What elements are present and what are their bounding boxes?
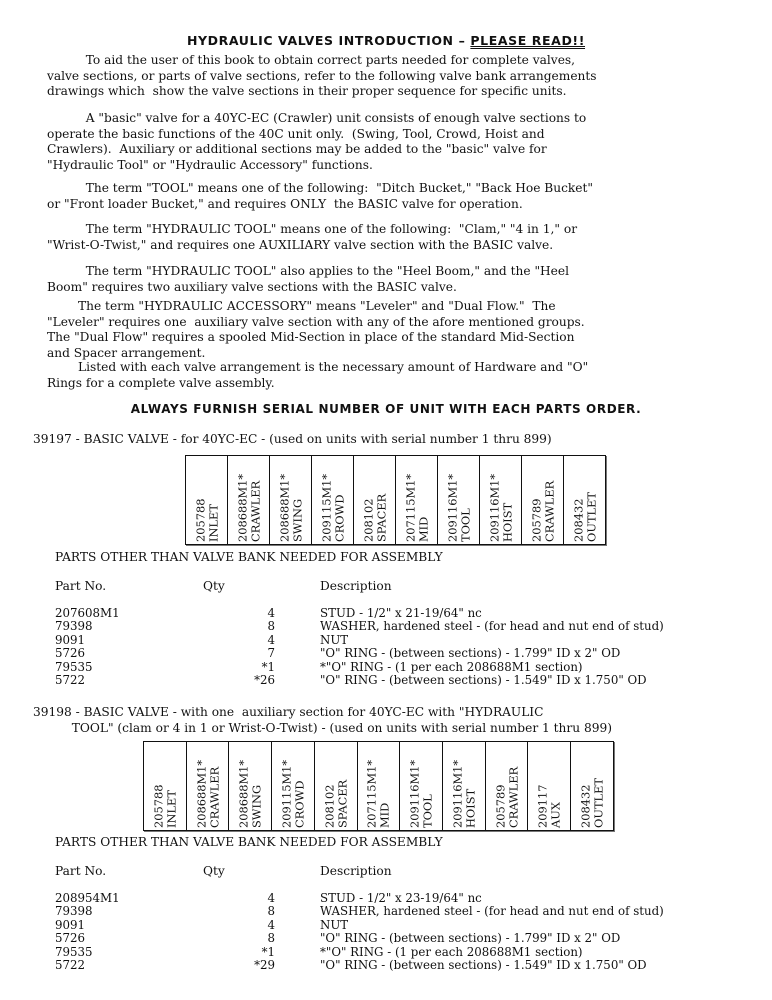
quantity: 7 <box>205 647 275 660</box>
quantity: 8 <box>205 905 275 918</box>
valve-section-crawler: 205789CRAWLER <box>522 456 564 544</box>
valve-section-part: 208432 <box>580 744 593 828</box>
valve-section-part: 208688M1* <box>236 458 249 542</box>
title-emphasis: PLEASE READ!! <box>470 33 585 48</box>
valve-section-name: CRAWLER <box>507 744 520 828</box>
valve-bank-39197: 205788INLET208688M1*CRAWLER208688M1*SWIN… <box>185 455 606 545</box>
col-description: Description <box>320 864 392 878</box>
valve-section-name: SWING <box>250 744 263 828</box>
valve-section-crawler: 205789CRAWLER <box>486 742 529 830</box>
assembly-39198-heading: 39198 - BASIC VALVE - with one auxiliary… <box>33 705 612 736</box>
quantity: *26 <box>205 674 275 687</box>
quantity: *1 <box>205 946 275 959</box>
valve-section-inlet: 205788INLET <box>144 742 187 830</box>
description: NUT <box>320 919 348 932</box>
valve-section-name: TOOL <box>421 744 434 828</box>
heel-boom-paragraph: The term "HYDRAULIC TOOL" also applies t… <box>47 264 707 295</box>
part-number: 5726 <box>55 647 85 660</box>
col-qty: Qty <box>203 579 225 593</box>
table-row: 793988WASHER, hardened steel - (for head… <box>55 620 755 633</box>
valve-section-part: 205789 <box>530 458 543 542</box>
intro-paragraph: To aid the user of this book to obtain c… <box>47 53 707 100</box>
quantity: 8 <box>205 620 275 633</box>
valve-section-aux: 209117AUX <box>528 742 571 830</box>
valve-section-tool: 209116M1*TOOL <box>438 456 480 544</box>
title-main: HYDRAULIC VALVES INTRODUCTION – <box>187 33 465 48</box>
description: "O" RING - (between sections) - 1.549" I… <box>320 674 647 687</box>
valve-section-name: CRAWLER <box>208 744 221 828</box>
valve-section-name: INLET <box>165 744 178 828</box>
valve-section-swing: 208688M1*SWING <box>270 456 312 544</box>
valve-section-name: AUX <box>549 744 562 828</box>
hydraulic-accessory-paragraph: The term "HYDRAULIC ACCESSORY" means "Le… <box>47 299 707 361</box>
description: STUD - 1/2" x 21-19/64" nc <box>320 607 482 620</box>
part-number: 79398 <box>55 620 93 633</box>
valve-section-tool: 209116M1*TOOL <box>400 742 443 830</box>
valve-section-inlet: 205788INLET <box>186 456 228 544</box>
description: STUD - 1/2" x 23-19/64" nc <box>320 892 482 905</box>
table-row: 793988WASHER, hardened steel - (for head… <box>55 905 755 918</box>
part-number: 9091 <box>55 919 85 932</box>
valve-section-part: 205788 <box>194 458 207 542</box>
valve-section-part: 205789 <box>494 744 507 828</box>
table-row: 90914NUT <box>55 634 755 647</box>
valve-section-part: 209116M1* <box>488 458 501 542</box>
valve-section-swing: 208688M1*SWING <box>229 742 272 830</box>
valve-section-name: OUTLET <box>592 744 605 828</box>
table-row: 57268"O" RING - (between sections) - 1.7… <box>55 932 755 945</box>
parts-table-39198: 208954M14STUD - 1/2" x 23-19/64" nc79398… <box>55 892 755 972</box>
valve-section-name: MID <box>417 458 430 542</box>
valve-section-name: CROWD <box>293 744 306 828</box>
table-row: 5722*26"O" RING - (between sections) - 1… <box>55 674 755 687</box>
valve-section-part: 208432 <box>572 458 585 542</box>
valve-section-name: HOIST <box>501 458 514 542</box>
description: "O" RING - (between sections) - 1.799" I… <box>320 932 620 945</box>
valve-section-name: HOIST <box>464 744 477 828</box>
valve-section-name: SPACER <box>375 458 388 542</box>
quantity: 4 <box>205 607 275 620</box>
quantity: 4 <box>205 919 275 932</box>
parts-table-39197: 207608M14STUD - 1/2" x 21-19/64" nc79398… <box>55 607 755 687</box>
part-number: 79398 <box>55 905 93 918</box>
parts-label-39198: PARTS OTHER THAN VALVE BANK NEEDED FOR A… <box>55 835 443 849</box>
valve-section-name: OUTLET <box>585 458 598 542</box>
part-number: 5722 <box>55 959 85 972</box>
valve-section-part: 209116M1* <box>409 744 422 828</box>
valve-section-part: 208688M1* <box>195 744 208 828</box>
valve-section-crawler: 208688M1*CRAWLER <box>187 742 230 830</box>
valve-section-name: MID <box>378 744 391 828</box>
part-number: 9091 <box>55 634 85 647</box>
table-row: 79535*1*"O" RING - (1 per each 208688M1 … <box>55 946 755 959</box>
valve-section-crowd: 209115M1*CROWD <box>272 742 315 830</box>
valve-section-part: 209115M1* <box>320 458 333 542</box>
part-number: 5726 <box>55 932 85 945</box>
valve-section-name: INLET <box>207 458 220 542</box>
hydraulic-tool-paragraph: The term "HYDRAULIC TOOL" means one of t… <box>47 222 707 253</box>
valve-section-part: 207115M1* <box>404 458 417 542</box>
basic-valve-paragraph: A "basic" valve for a 40YC-EC (Crawler) … <box>47 111 707 173</box>
table-row: 5722*29"O" RING - (between sections) - 1… <box>55 959 755 972</box>
valve-section-part: 209115M1* <box>281 744 294 828</box>
table-row: 57267"O" RING - (between sections) - 1.7… <box>55 647 755 660</box>
valve-section-name: CROWD <box>333 458 346 542</box>
valve-section-part: 205788 <box>152 744 165 828</box>
col-part-no: Part No. <box>55 864 106 878</box>
table-row: 207608M14STUD - 1/2" x 21-19/64" nc <box>55 607 755 620</box>
description: WASHER, hardened steel - (for head and n… <box>320 620 664 633</box>
table-row: 90914NUT <box>55 919 755 932</box>
quantity: *29 <box>205 959 275 972</box>
col-qty: Qty <box>203 864 225 878</box>
valve-section-outlet: 208432OUTLET <box>571 742 614 830</box>
serial-number-banner: ALWAYS FURNISH SERIAL NUMBER OF UNIT WIT… <box>0 402 772 416</box>
valve-section-mid: 207115M1*MID <box>358 742 401 830</box>
valve-section-name: CRAWLER <box>543 458 556 542</box>
assembly-39197-heading: 39197 - BASIC VALVE - for 40YC-EC - (use… <box>33 432 552 448</box>
part-number: 208954M1 <box>55 892 120 905</box>
parts-label-39197: PARTS OTHER THAN VALVE BANK NEEDED FOR A… <box>55 550 443 564</box>
part-number: 79535 <box>55 946 93 959</box>
description: NUT <box>320 634 348 647</box>
description: "O" RING - (between sections) - 1.799" I… <box>320 647 620 660</box>
valve-section-name: CRAWLER <box>249 458 262 542</box>
col-part-no: Part No. <box>55 579 106 593</box>
valve-section-name: SPACER <box>336 744 349 828</box>
valve-section-part: 208102 <box>323 744 336 828</box>
description: *"O" RING - (1 per each 208688M1 section… <box>320 946 583 959</box>
part-number: 207608M1 <box>55 607 120 620</box>
valve-section-mid: 207115M1*MID <box>396 456 438 544</box>
valve-section-part: 208102 <box>362 458 375 542</box>
valve-section-part: 209116M1* <box>451 744 464 828</box>
valve-section-part: 209117 <box>537 744 550 828</box>
part-number: 79535 <box>55 661 93 674</box>
quantity: 8 <box>205 932 275 945</box>
description: "O" RING - (between sections) - 1.549" I… <box>320 959 647 972</box>
quantity: 4 <box>205 892 275 905</box>
col-description: Description <box>320 579 392 593</box>
part-number: 5722 <box>55 674 85 687</box>
valve-section-name: SWING <box>291 458 304 542</box>
valve-section-part: 208688M1* <box>278 458 291 542</box>
hardware-note-paragraph: Listed with each valve arrangement is th… <box>47 360 707 391</box>
valve-bank-39198: 205788INLET208688M1*CRAWLER208688M1*SWIN… <box>143 741 614 831</box>
table-row: 208954M14STUD - 1/2" x 23-19/64" nc <box>55 892 755 905</box>
table-row: 79535*1*"O" RING - (1 per each 208688M1 … <box>55 661 755 674</box>
quantity: *1 <box>205 661 275 674</box>
description: *"O" RING - (1 per each 208688M1 section… <box>320 661 583 674</box>
page-title: HYDRAULIC VALVES INTRODUCTION – PLEASE R… <box>0 33 772 48</box>
valve-section-part: 208688M1* <box>238 744 251 828</box>
valve-section-name: TOOL <box>459 458 472 542</box>
valve-section-part: 209116M1* <box>446 458 459 542</box>
quantity: 4 <box>205 634 275 647</box>
valve-section-outlet: 208432OUTLET <box>564 456 606 544</box>
valve-section-hoist: 209116M1*HOIST <box>443 742 486 830</box>
valve-section-crowd: 209115M1*CROWD <box>312 456 354 544</box>
valve-section-spacer: 208102SPACER <box>315 742 358 830</box>
tool-term-paragraph: The term "TOOL" means one of the followi… <box>47 181 707 212</box>
valve-section-crawler: 208688M1*CRAWLER <box>228 456 270 544</box>
valve-section-hoist: 209116M1*HOIST <box>480 456 522 544</box>
description: WASHER, hardened steel - (for head and n… <box>320 905 664 918</box>
valve-section-spacer: 208102SPACER <box>354 456 396 544</box>
